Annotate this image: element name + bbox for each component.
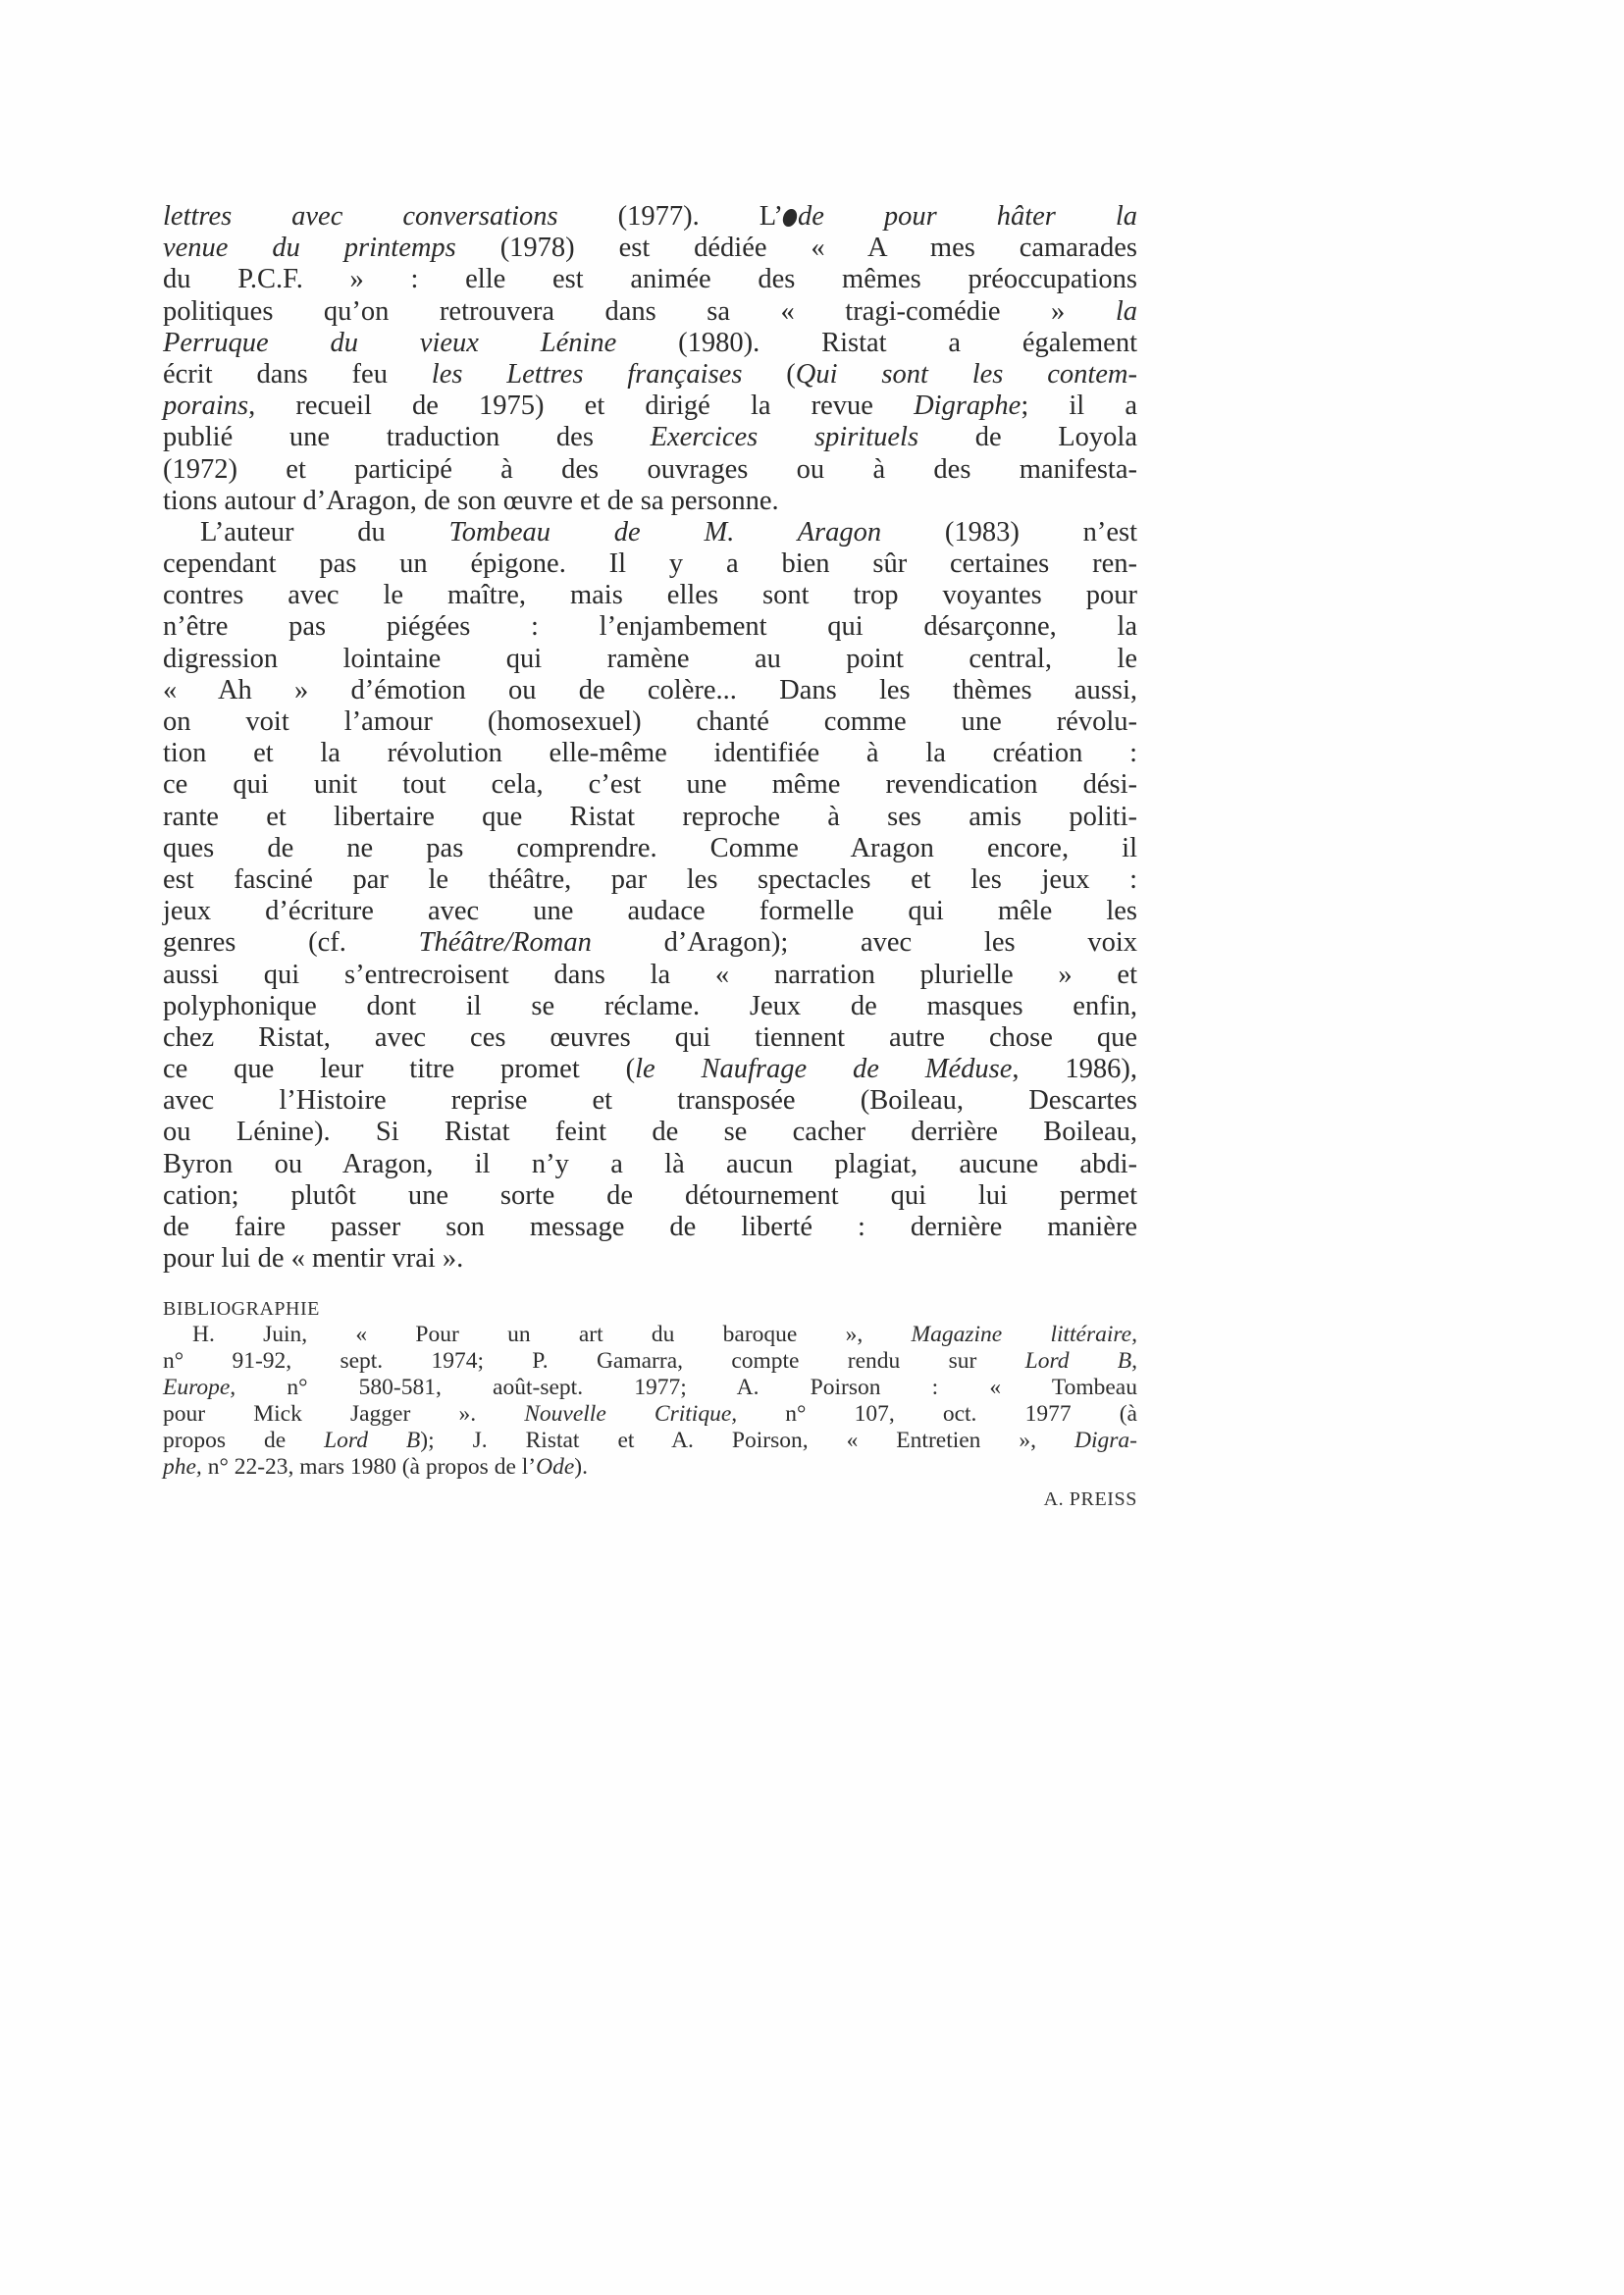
text-run: de Loyola — [918, 422, 1137, 452]
text-run: d’Aragon); avec les voix — [592, 927, 1137, 958]
document-page: lettres avec conversations (1977). L’de … — [0, 0, 1624, 2295]
text-run: ). — [574, 1454, 588, 1480]
italic-text: Tombeau de M. Aragon — [449, 517, 882, 548]
italic-text: lettres avec conversations — [163, 201, 558, 232]
text-line: « Ah » d’émotion ou de colère... Dans le… — [163, 675, 1137, 706]
text-run: n° 22-23, mars 1980 (à propos de l’ — [202, 1454, 536, 1480]
text-run: Byron ou Aragon, il n’y a là aucun plagi… — [163, 1149, 1137, 1179]
text-run: « Ah » d’émotion ou de colère... Dans le… — [163, 675, 1137, 705]
italic-text: la — [1116, 296, 1137, 327]
italic-text: Lord B — [324, 1428, 420, 1453]
italic-text: porains — [163, 391, 248, 421]
text-line: ce que leur titre promet (le Naufrage de… — [163, 1054, 1137, 1085]
italic-text: Ode — [536, 1454, 574, 1480]
italic-text: Lord B, — [1025, 1348, 1137, 1374]
author-signature: A. PREISS — [163, 1485, 1137, 1514]
text-line: porains, recueil de 1975) et dirigé la r… — [163, 391, 1137, 422]
text-line: lettres avec conversations (1977). L’de … — [163, 201, 1137, 233]
text-line: politiques qu’on retrouvera dans sa « tr… — [163, 296, 1137, 328]
text-line: tion et la révolution elle-même identifi… — [163, 738, 1137, 769]
text-line: pour lui de « mentir vrai ». — [163, 1243, 1137, 1275]
italic-text: Digraphe — [914, 391, 1021, 421]
text-run: du P.C.F. » : elle est animée des mêmes … — [163, 264, 1137, 294]
text-line: on voit l’amour (homosexuel) chanté comm… — [163, 706, 1137, 738]
text-line: publié une traduction des Exercices spir… — [163, 422, 1137, 453]
italic-text: Nouvelle Critique, — [524, 1401, 737, 1427]
text-run: contres avec le maître, mais elles sont … — [163, 580, 1137, 610]
text-line: digression lointaine qui ramène au point… — [163, 644, 1137, 675]
italic-text: Exercices spirituels — [651, 422, 918, 452]
text-run: ce qui unit tout cela, c’est une même re… — [163, 769, 1137, 800]
text-line: genres (cf. Théâtre/Roman d’Aragon); ave… — [163, 927, 1137, 959]
text-line: écrit dans feu les Lettres françaises (Q… — [163, 359, 1137, 391]
text-line: Europe, n° 580-581, août-sept. 1977; A. … — [163, 1375, 1137, 1401]
text-line: ques de ne pas comprendre. Comme Aragon … — [163, 833, 1137, 864]
text-run: (1983) n’est — [881, 517, 1137, 548]
ink-blot-mark — [781, 209, 798, 227]
text-line: polyphonique dont il se réclame. Jeux de… — [163, 991, 1137, 1022]
text-run: (1980). Ristat a également — [616, 328, 1137, 358]
text-line: du P.C.F. » : elle est animée des mêmes … — [163, 264, 1137, 295]
text-run: digression lointaine qui ramène au point… — [163, 644, 1137, 674]
text-line: tions autour d’Aragon, de son œuvre et d… — [163, 486, 1137, 517]
text-line: L’auteur du Tombeau de M. Aragon (1983) … — [163, 517, 1137, 548]
text-line: n’être pas piégées : l’enjambement qui d… — [163, 611, 1137, 643]
text-run: de faire passer son message de liberté :… — [163, 1212, 1137, 1242]
text-run: propos de — [163, 1428, 324, 1453]
text-run: n’être pas piégées : l’enjambement qui d… — [163, 611, 1137, 642]
text-run: avec l’Histoire reprise et transposée (B… — [163, 1085, 1137, 1116]
text-run: polyphonique dont il se réclame. Jeux de… — [163, 991, 1137, 1021]
text-run: tions autour d’Aragon, de son œuvre et d… — [163, 486, 779, 516]
italic-text: Magazine littéraire, — [912, 1322, 1138, 1347]
text-line: Perruque du vieux Lénine (1980). Ristat … — [163, 328, 1137, 359]
italic-text: les Lettres françaises — [432, 359, 743, 390]
text-run: écrit dans feu — [163, 359, 432, 390]
text-run: ; il a — [1021, 391, 1137, 421]
text-run: n° 580-581, août-sept. 1977; A. Poirson … — [236, 1375, 1137, 1400]
text-run: n° 107, oct. 1977 (à — [737, 1401, 1137, 1427]
text-line: aussi qui s’entrecroisent dans la « narr… — [163, 960, 1137, 991]
italic-text: de pour hâter la — [798, 201, 1137, 232]
text-run: , 1986), — [1012, 1054, 1137, 1084]
text-run: est fasciné par le théâtre, par les spec… — [163, 864, 1137, 895]
text-line: rante et libertaire que Ristat reproche … — [163, 802, 1137, 833]
text-line: contres avec le maître, mais elles sont … — [163, 580, 1137, 611]
text-run: politiques qu’on retrouvera dans sa « tr… — [163, 296, 1116, 327]
italic-text: Digra- — [1074, 1428, 1137, 1453]
text-run: chez Ristat, avec ces œuvres qui tiennen… — [163, 1022, 1137, 1053]
text-line: (1972) et participé à des ouvrages ou à … — [163, 454, 1137, 486]
text-line: de faire passer son message de liberté :… — [163, 1212, 1137, 1243]
text-run: ce que leur titre promet ( — [163, 1054, 635, 1084]
text-line: phe, n° 22-23, mars 1980 (à propos de l’… — [163, 1454, 1137, 1481]
text-run: cation; plutôt une sorte de détournement… — [163, 1180, 1137, 1211]
text-run: ( — [742, 359, 795, 390]
italic-text: Théâtre/Roman — [419, 927, 592, 958]
italic-text: venue du printemps — [163, 233, 456, 263]
text-run: , recueil de 1975) et dirigé la revue — [248, 391, 914, 421]
text-line: cependant pas un épigone. Il y a bien sû… — [163, 548, 1137, 580]
text-run: tion et la révolution elle-même identifi… — [163, 738, 1137, 768]
text-run: pour lui de « mentir vrai ». — [163, 1243, 463, 1274]
text-line: ou Lénine). Si Ristat feint de se cacher… — [163, 1117, 1137, 1148]
text-run: ques de ne pas comprendre. Comme Aragon … — [163, 833, 1137, 863]
italic-text: phe, — [163, 1454, 202, 1480]
italic-text: Perruque du vieux Lénine — [163, 328, 616, 358]
paragraph-2: L’auteur du Tombeau de M. Aragon (1983) … — [163, 517, 1137, 1276]
text-run: ); J. Ristat et A. Poirson, « Entretien … — [420, 1428, 1074, 1453]
italic-text: le Naufrage de Méduse — [635, 1054, 1012, 1084]
text-run: H. Juin, « Pour un art du baroque », — [192, 1322, 912, 1347]
text-line: n° 91-92, sept. 1974; P. Gamarra, compte… — [163, 1348, 1137, 1375]
text-line: propos de Lord B); J. Ristat et A. Poirs… — [163, 1428, 1137, 1454]
italic-text: Europe, — [163, 1375, 236, 1400]
text-run: jeux d’écriture avec une audace formelle… — [163, 896, 1137, 926]
text-line: pour Mick Jagger ». Nouvelle Critique, n… — [163, 1401, 1137, 1428]
text-run: rante et libertaire que Ristat reproche … — [163, 802, 1137, 832]
text-run: cependant pas un épigone. Il y a bien sû… — [163, 548, 1137, 579]
paragraph-1: lettres avec conversations (1977). L’de … — [163, 201, 1137, 517]
text-line: cation; plutôt une sorte de détournement… — [163, 1180, 1137, 1212]
text-line: Byron ou Aragon, il n’y a là aucun plagi… — [163, 1149, 1137, 1180]
text-run: (1978) est dédiée « A mes camarades — [456, 233, 1137, 263]
text-run: pour Mick Jagger ». — [163, 1401, 524, 1427]
bibliography-text: H. Juin, « Pour un art du baroque », Mag… — [163, 1322, 1137, 1481]
text-run: (1977). L’ — [558, 201, 783, 232]
text-column: lettres avec conversations (1977). L’de … — [163, 201, 1137, 1514]
text-run: publié une traduction des — [163, 422, 651, 452]
text-line: jeux d’écriture avec une audace formelle… — [163, 896, 1137, 927]
text-run: genres (cf. — [163, 927, 419, 958]
text-run: L’auteur du — [200, 517, 449, 548]
text-line: venue du printemps (1978) est dédiée « A… — [163, 233, 1137, 264]
text-run: n° 91-92, sept. 1974; P. Gamarra, compte… — [163, 1348, 1025, 1374]
italic-text: Qui sont les contem- — [796, 359, 1137, 390]
text-line: H. Juin, « Pour un art du baroque », Mag… — [163, 1322, 1137, 1348]
text-run: aussi qui s’entrecroisent dans la « narr… — [163, 960, 1137, 990]
text-run: (1972) et participé à des ouvrages ou à … — [163, 454, 1137, 485]
text-run: ou Lénine). Si Ristat feint de se cacher… — [163, 1117, 1137, 1147]
text-line: est fasciné par le théâtre, par les spec… — [163, 864, 1137, 896]
text-run: on voit l’amour (homosexuel) chanté comm… — [163, 706, 1137, 737]
text-line: avec l’Histoire reprise et transposée (B… — [163, 1085, 1137, 1117]
text-line: chez Ristat, avec ces œuvres qui tiennen… — [163, 1022, 1137, 1054]
text-line: ce qui unit tout cela, c’est une même re… — [163, 769, 1137, 801]
bibliography-heading: BIBLIOGRAPHIE — [163, 1296, 1137, 1322]
